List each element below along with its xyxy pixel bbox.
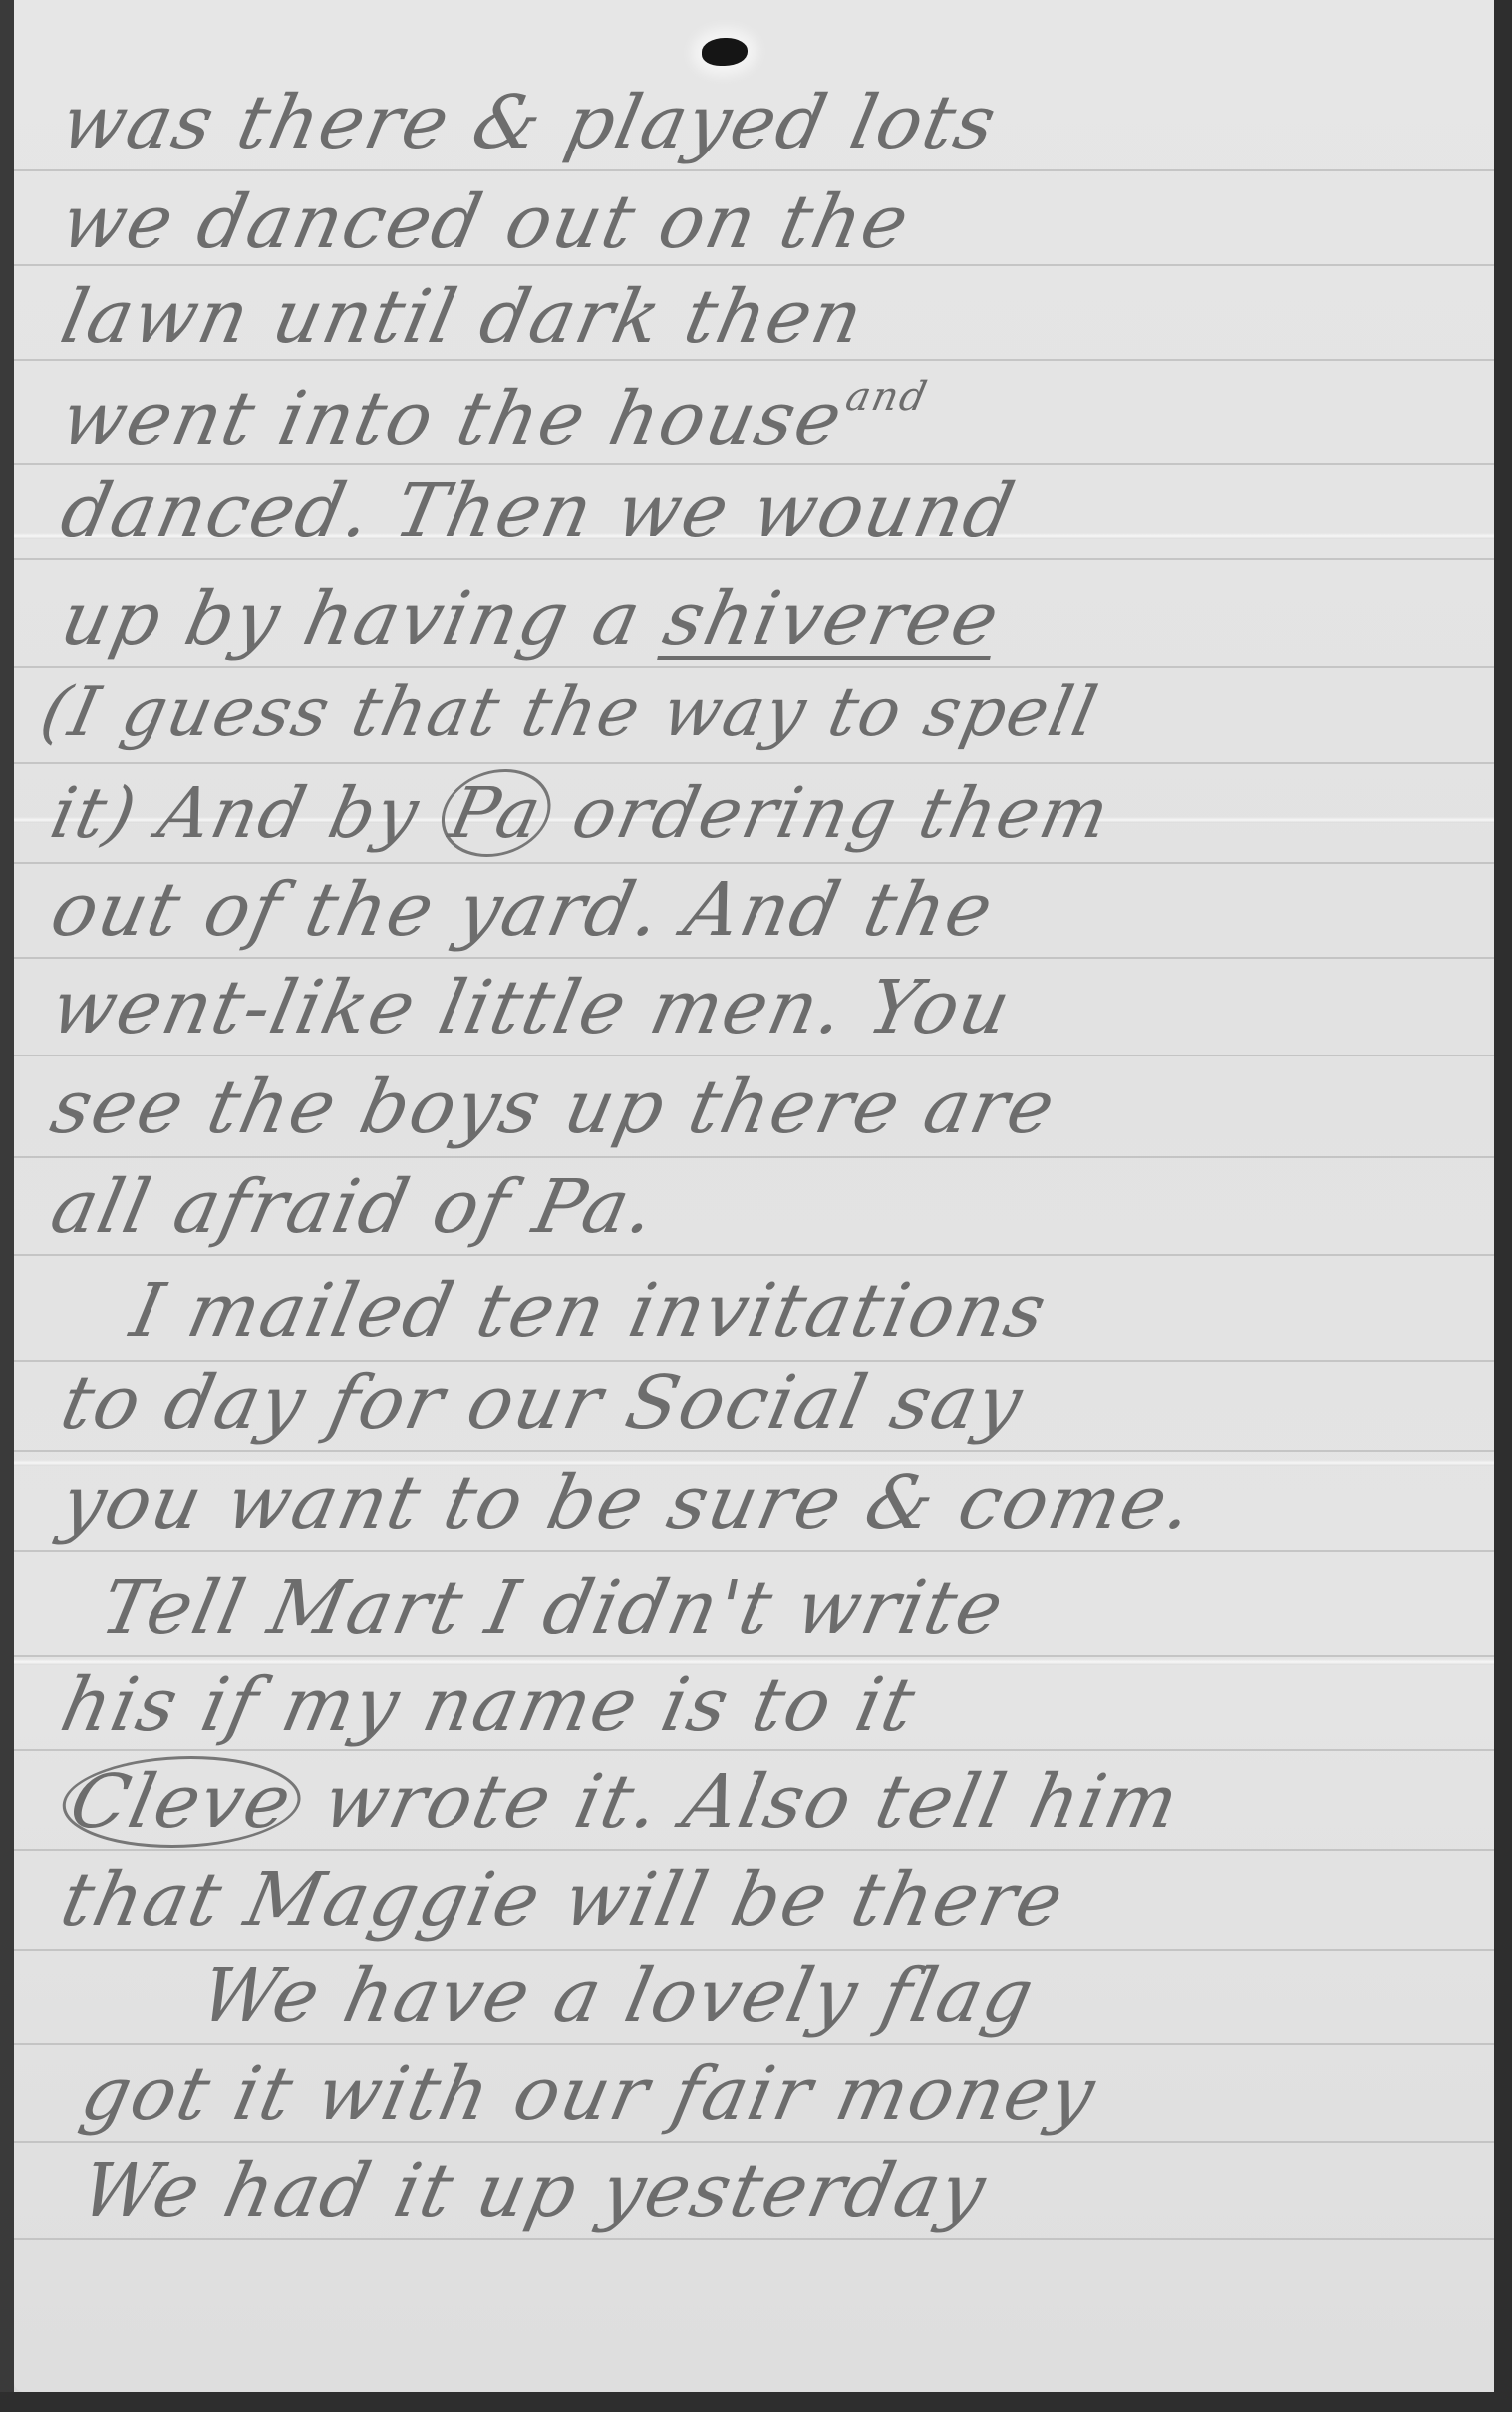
handwritten-line: danced. Then we wound (54, 468, 1023, 554)
handwritten-line: I mailed ten invitations (124, 1268, 1055, 1354)
line-text: ordering them (541, 772, 1118, 854)
handwritten-line: We have a lovely flag (193, 1954, 1043, 2039)
handwritten-line: we danced out on the (54, 179, 918, 265)
line-text: wrote it. Also tell him (291, 1759, 1188, 1845)
handwritten-line: (I guess that the way to spell (34, 673, 1105, 752)
handwritten-line: see the boys up there are (44, 1064, 1063, 1150)
ruled-line (14, 1749, 1494, 1751)
ruled-line (14, 2043, 1494, 2045)
ruled-line (14, 762, 1494, 764)
underlined-word: shiveree (657, 576, 1008, 662)
ruled-line (14, 1450, 1494, 1452)
line-text: went into the house (54, 376, 851, 461)
ruled-line (14, 1949, 1494, 1951)
punch-hole (702, 38, 748, 66)
ruled-line (14, 1849, 1494, 1851)
ruled-line (14, 2238, 1494, 2240)
ruled-line (14, 1655, 1494, 1657)
ruled-line (14, 1550, 1494, 1552)
handwritten-line: all afraid of Pa. (44, 1164, 664, 1250)
ruled-line (14, 666, 1494, 668)
scan-border-left (0, 0, 14, 2412)
ruled-line (14, 957, 1494, 959)
handwritten-line: went into the houseand (54, 374, 932, 461)
letter-page: was there & played lots we danced out on… (14, 0, 1494, 2392)
scan-border-right (1494, 0, 1512, 2412)
handwritten-line: it) And by Pa ordering them (44, 772, 1118, 854)
line-text: up by having a (54, 576, 675, 662)
ruled-line (14, 862, 1494, 864)
scan-border-bottom (0, 2392, 1512, 2412)
circled-word: Pa (434, 769, 559, 857)
ruled-line (14, 1055, 1494, 1056)
handwritten-line: lawn until dark then (54, 274, 872, 360)
ruled-line (14, 558, 1494, 560)
ruled-line (14, 1254, 1494, 1256)
handwritten-line: was there & played lots (54, 80, 1005, 165)
ruled-line (14, 169, 1494, 171)
handwritten-line: his if my name is to it (54, 1662, 924, 1748)
line-text: it) And by (44, 772, 452, 854)
handwritten-line: you want to be sure & come. (54, 1460, 1202, 1546)
handwritten-line: went-like little men. You (44, 965, 1019, 1051)
handwritten-line: Tell Mart I didn't write (94, 1565, 1012, 1651)
handwritten-line: to day for our Social say (54, 1360, 1031, 1446)
inserted-word: and (841, 374, 932, 420)
handwritten-line: up by having a shiveree (54, 576, 1008, 662)
ruled-line (14, 1156, 1494, 1158)
handwritten-line: Cleve wrote it. Also tell him (54, 1759, 1187, 1845)
handwritten-line: We had it up yesterday (74, 2148, 995, 2234)
handwritten-line: out of the yard. And the (44, 867, 1002, 953)
ruled-line (14, 463, 1494, 465)
circled-word: Cleve (53, 1756, 309, 1848)
handwritten-line: that Maggie will be there (54, 1857, 1072, 1943)
ruled-line (14, 2141, 1494, 2143)
handwritten-line: got it with our fair money (74, 2051, 1103, 2137)
